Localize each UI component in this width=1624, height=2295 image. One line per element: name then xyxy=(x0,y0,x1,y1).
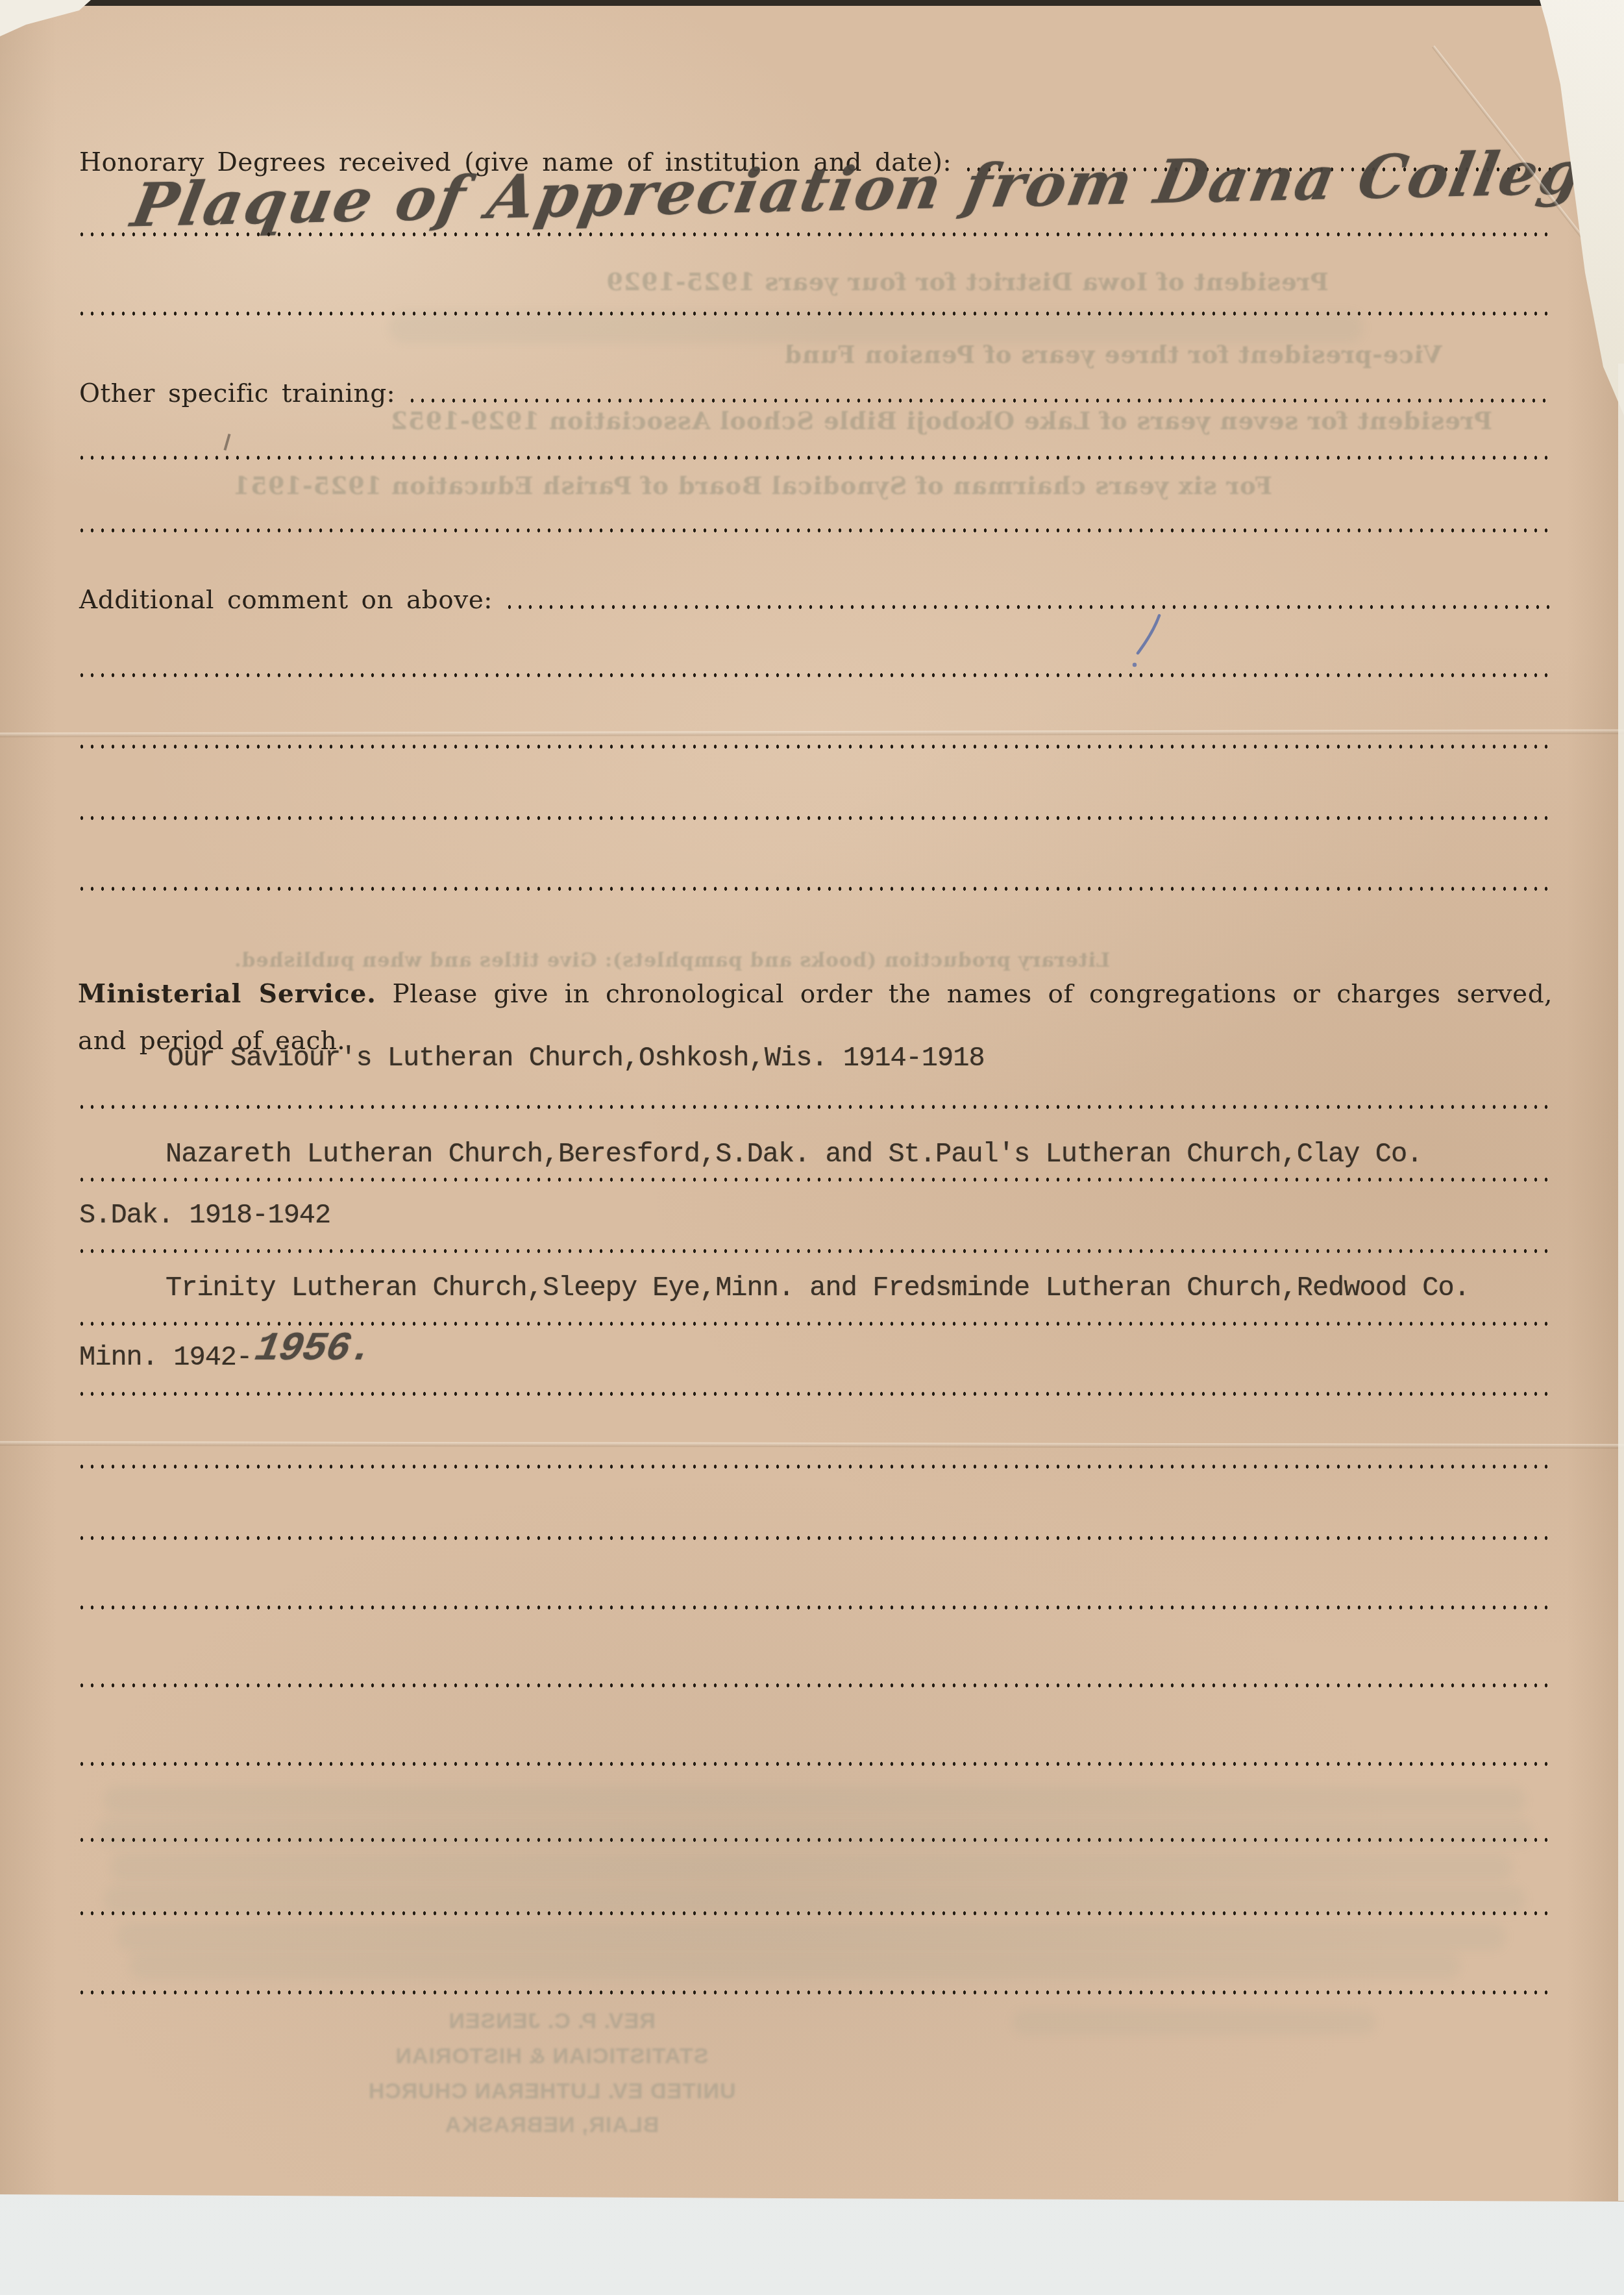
paper-right-edge xyxy=(1618,364,1624,2201)
blue-pen-mark xyxy=(0,0,1624,2295)
scan-top-edge xyxy=(0,0,1624,6)
paper-sheet: President of Iowa District for four year… xyxy=(0,0,1624,2295)
scanned-form-page: President of Iowa District for four year… xyxy=(0,0,1624,2295)
